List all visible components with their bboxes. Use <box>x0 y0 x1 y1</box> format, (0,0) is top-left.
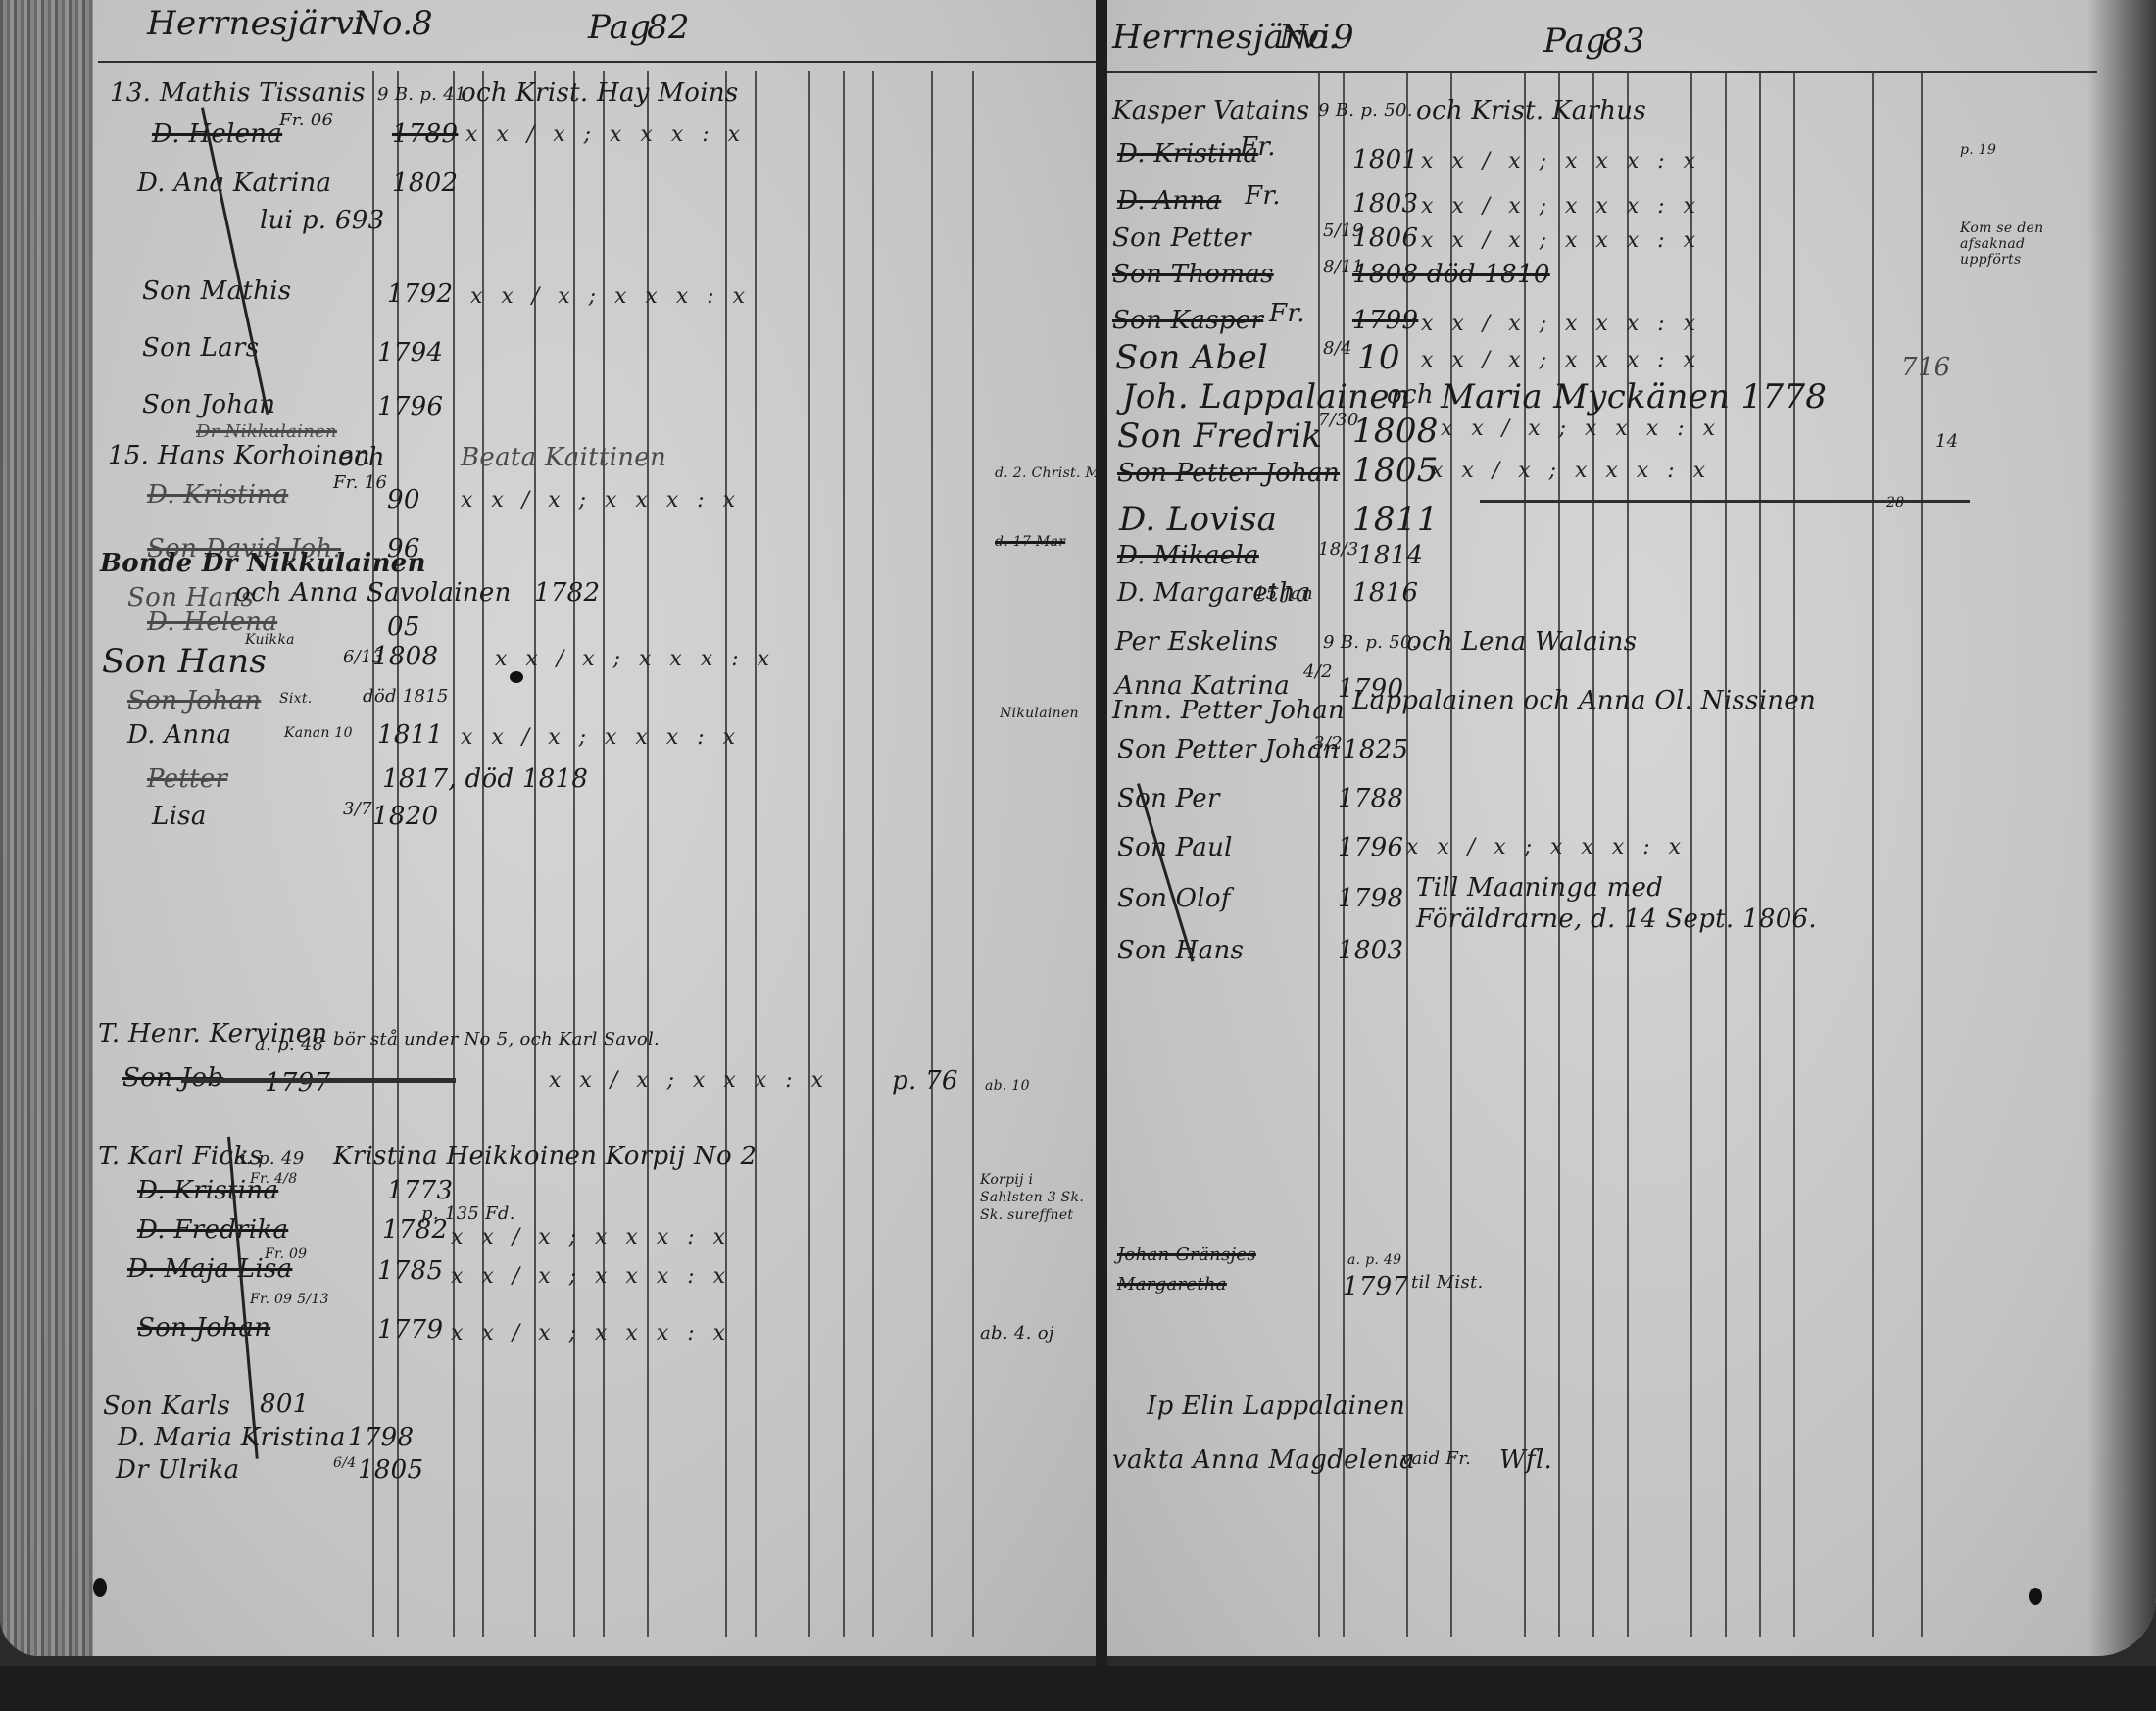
reading-marks: x x / x ; x x x : x <box>1421 228 1701 253</box>
reading-marks: x x / x ; x x x : x <box>451 1225 731 1249</box>
member-year: 1796 <box>377 392 443 421</box>
member-year: 801 <box>260 1390 310 1419</box>
member-remark: Till Maaninga med Föräldrarne, d. 14 Sep… <box>1416 872 1828 935</box>
member-year: 1788 <box>1338 784 1403 813</box>
member-name: D. Fredrika <box>137 1215 288 1245</box>
reading-marks: x x / x ; x x x : x <box>549 1068 829 1093</box>
member-note: Fr. 09 <box>265 1247 307 1262</box>
margin-note: ab. 4. oj <box>980 1323 1054 1344</box>
member-name: Dr Nikkulainen <box>196 421 337 442</box>
margin-note: d. 17 Mar <box>995 534 1065 550</box>
member-name: Son Hans <box>102 642 267 681</box>
household-head-info: och <box>1387 380 1434 410</box>
col-line <box>755 71 757 1637</box>
member-year: 1798 <box>1338 884 1403 913</box>
member-remark: til Mist. <box>1411 1272 1484 1293</box>
member-name: Margaretha <box>1117 1274 1227 1295</box>
member-name: Son Karls <box>103 1392 230 1421</box>
member-name: D. Kristina <box>147 480 288 510</box>
household-head-info: a. p. 49 <box>235 1149 304 1169</box>
left-house-no-label: No. <box>353 4 413 43</box>
member-remark: p. 76 <box>892 1066 958 1096</box>
header-rule <box>98 61 1096 63</box>
member-name: Son Fredrik <box>1117 416 1322 456</box>
member-note: 4/2 <box>1303 661 1333 682</box>
margin-note: 14 <box>1935 431 1959 452</box>
household-spouse: och Lena Walains <box>1406 627 1637 657</box>
member-year: 1811 <box>1352 500 1439 539</box>
member-name: Bonde Dr Nikkulainen <box>100 549 426 578</box>
left-page: Herrnesjärvi No. 8 Pag 82 13. Mathis Tis… <box>0 0 1096 1656</box>
member-name: Son Johan <box>127 686 261 715</box>
ink-blot <box>510 671 523 683</box>
reading-marks: x x / x ; x x x : x <box>1431 459 1711 483</box>
header-rule <box>1107 71 2097 73</box>
right-page-no: 83 <box>1602 22 1645 61</box>
member-year: 1773 <box>387 1176 453 1205</box>
reading-marks: x x / x ; x x x : x <box>451 1264 731 1289</box>
member-year: 1803 <box>1352 189 1418 219</box>
member-name: Son Petter Johan <box>1117 735 1340 764</box>
reading-marks: x x / x ; x x x : x <box>461 725 741 750</box>
right-house-no-label: No. <box>1279 18 1339 57</box>
reading-marks: x x / x ; x x x : x <box>1441 416 1721 441</box>
margin-note: ab. 10 <box>985 1078 1030 1094</box>
member-year: 1803 <box>1338 936 1403 965</box>
right-page-edge <box>2087 0 2156 1656</box>
reading-marks: x x / x ; x x x : x <box>465 122 746 147</box>
ink-blot <box>2029 1588 2042 1605</box>
col-line <box>1725 71 1727 1637</box>
member-note: och Anna Savolainen <box>235 578 512 608</box>
member-name: D. Helena <box>152 120 282 149</box>
member-year: 1785 <box>377 1256 443 1286</box>
member-year: 1820 <box>372 802 438 831</box>
right-house-no: 9 <box>1333 18 1354 57</box>
member-name: Son Per <box>1117 784 1220 813</box>
right-page-label: Pag <box>1543 22 1606 61</box>
household-spouse: och Krist. Karhus <box>1416 96 1646 125</box>
member-remark: p. 135 Fd. <box>421 1203 515 1224</box>
member-note: 18/3 <box>1318 539 1359 560</box>
member-name: Son Abel <box>1115 338 1268 377</box>
strike-through-line <box>181 1078 456 1083</box>
household-head-info: 9 B. p. 50. <box>1323 632 1418 653</box>
member-year: 1799 <box>1352 306 1418 335</box>
reading-marks: x x / x ; x x x : x <box>1406 835 1687 859</box>
reading-marks: x x / x ; x x x : x <box>1421 194 1701 219</box>
member-name: Son Mathis <box>142 276 291 306</box>
col-line <box>372 71 374 1637</box>
household-head-info: 9 B. p. 50. <box>1318 100 1413 121</box>
member-name: Son Kasper <box>1112 306 1263 335</box>
member-name: Son Johan <box>137 1313 270 1343</box>
col-line <box>972 71 974 1637</box>
member-note: 3/7 <box>343 799 372 819</box>
member-note: 15 Jan <box>1254 583 1313 604</box>
col-line <box>1759 71 1761 1637</box>
household-spouse: och Krist. Hay Moins <box>461 78 739 108</box>
member-year: 1798 <box>348 1423 414 1452</box>
household-head: 15. Hans Korhoinen <box>108 441 370 470</box>
reading-marks: x x / x ; x x x : x <box>451 1321 731 1345</box>
member-note: 6/4 <box>333 1455 356 1471</box>
member-note: Fr. 09 5/13 <box>250 1292 329 1307</box>
household-head: 13. Mathis Tissanis <box>110 78 366 108</box>
reading-marks: x x / x ; x x x : x <box>1421 149 1701 173</box>
left-page-edge <box>0 0 93 1656</box>
household-spouse: bör stå under No 5, och Karl Savol. <box>333 1029 660 1050</box>
member-year: 1805 <box>1352 451 1439 490</box>
margin-note: Korpij i Sahlsten 3 Sk. Sk. sureffnet <box>980 1171 1088 1224</box>
member-year: 1789 <box>392 120 458 149</box>
member-name: D. Anna <box>1117 186 1221 216</box>
member-year: 1808 <box>372 642 438 671</box>
margin-note: p. 19 <box>1960 142 1996 158</box>
household-head: Kasper Vatains <box>1112 96 1309 125</box>
member-note: vaid Fr. <box>1401 1448 1471 1469</box>
member-name: Son Paul <box>1117 833 1233 862</box>
right-page: Herrnesjärvi No. 9 Pag 83 Kasper Vatains… <box>1107 0 2156 1656</box>
member-year: 1814 <box>1357 541 1423 570</box>
open-register-book: Herrnesjärvi No. 8 Pag 82 13. Mathis Tis… <box>0 0 2156 1666</box>
member-name: D. Anna <box>127 720 231 750</box>
member-year: 10 <box>1357 338 1400 377</box>
col-line <box>1793 71 1795 1637</box>
member-note: Fr. <box>1245 181 1281 211</box>
member-year: 1797 <box>1343 1272 1408 1301</box>
household-head: Johan Gränsjes <box>1117 1245 1256 1265</box>
member-name: Son Petter <box>1112 223 1251 253</box>
member-note: Fr. <box>1240 132 1276 162</box>
cross-out-stroke <box>201 107 269 415</box>
member-note: lui p. 693 <box>260 206 384 235</box>
member-note: Sixt. <box>279 691 313 707</box>
reading-marks: x x / x ; x x x : x <box>1421 348 1701 372</box>
member-year: 05 <box>387 612 420 642</box>
col-line <box>1690 71 1692 1637</box>
member-year: 1808 <box>1352 412 1439 451</box>
member-year: 1808 död 1810 <box>1352 260 1550 289</box>
household-spouse: Beata Kaittinen <box>461 443 666 472</box>
member-name: Son Hans <box>1117 936 1244 965</box>
margin-note: 716 <box>1901 353 1951 382</box>
household-head: Per Eskelins <box>1115 627 1278 657</box>
member-note: Fr. 16 <box>333 472 387 493</box>
left-village-header: Herrnesjärvi <box>147 4 366 43</box>
member-name: Lisa <box>152 802 207 831</box>
member-year: 1811 <box>377 720 443 750</box>
left-page-label: Pag <box>588 8 651 47</box>
household-head-info: a. p. 49 <box>1347 1252 1401 1268</box>
reading-marks: x x / x ; x x x : x <box>1421 312 1701 336</box>
household-head-info: a. p. 48 <box>255 1034 323 1054</box>
member-note: Kanan 10 <box>284 725 353 741</box>
member-year: 1805 <box>358 1455 423 1485</box>
household-head: Joh. Lappalainen <box>1122 377 1411 416</box>
member-name: Son Thomas <box>1112 260 1274 289</box>
left-page-no: 82 <box>647 8 690 47</box>
member-note: 8/4 <box>1323 338 1352 359</box>
member-year: 1779 <box>377 1315 443 1344</box>
margin-note: d. 2. Christ. Merkoss <box>995 465 1096 481</box>
member-year: 90 <box>387 485 420 514</box>
member-name: Son Petter Johan <box>1117 459 1340 488</box>
margin-note: Kom se den afsaknad uppförts <box>1960 220 2078 268</box>
member-year: 1806 <box>1352 223 1418 253</box>
member-name: D. Maria Kristina <box>118 1423 346 1452</box>
book-spine <box>1096 0 1107 1666</box>
reading-marks: x x / x ; x x x : x <box>461 488 741 513</box>
member-year: 1825 <box>1343 735 1408 764</box>
member-year: död 1815 <box>363 686 449 707</box>
member-year: 1817, död 1818 <box>382 764 588 794</box>
member-name: Son Johan <box>142 390 275 419</box>
member-name: vakta Anna Magdelena <box>1112 1445 1415 1475</box>
member-name: Dr Ulrika <box>116 1455 239 1485</box>
margin-note: Nikulainen <box>1000 706 1079 721</box>
col-line <box>808 71 810 1637</box>
member-year: 1802 <box>392 169 458 198</box>
household-spouse: Kristina Heikkoinen Korpij No 2 <box>333 1142 757 1171</box>
member-year: 1816 <box>1352 578 1418 608</box>
member-year: 1796 <box>1338 833 1403 862</box>
member-year: 1792 <box>387 279 453 309</box>
member-year: 1801 <box>1352 145 1418 174</box>
col-line <box>843 71 845 1637</box>
member-name: D. Lovisa <box>1119 500 1277 539</box>
member-name: D. Ana Katrina <box>137 169 331 198</box>
member-name: Inm. Petter Johan <box>1112 696 1345 725</box>
member-remark: Wfl. <box>1499 1445 1552 1475</box>
member-note: 3/2 <box>1313 733 1343 754</box>
member-note: Lappalainen och Anna Ol. Nissinen <box>1352 686 1816 715</box>
member-name: D. Kristina <box>1117 139 1258 169</box>
member-name: Son Lars <box>142 333 259 363</box>
col-line <box>872 71 874 1637</box>
member-note: Fr. <box>1269 299 1305 328</box>
member-name: D. Mikaela <box>1117 541 1259 570</box>
col-line <box>1872 71 1874 1637</box>
member-year: 1794 <box>377 338 443 367</box>
member-note: Fr. 4/8 <box>250 1171 297 1187</box>
reading-marks: x x / x ; x x x : x <box>470 284 751 309</box>
margin-note: 28 <box>1886 495 1904 511</box>
member-note: Fr. 06 <box>279 110 333 130</box>
household-head-info: 9 B. p. 41 <box>377 84 466 105</box>
col-line <box>1921 71 1923 1637</box>
member-year: 1782 <box>534 578 600 608</box>
household-head: Ip Elin Lappalainen <box>1147 1392 1405 1421</box>
household-head-info: och <box>338 443 385 472</box>
reading-marks: x x / x ; x x x : x <box>495 647 775 671</box>
member-year: 1797 <box>265 1068 330 1098</box>
member-name: Petter <box>147 764 227 794</box>
left-house-no: 8 <box>412 4 433 43</box>
household-spouse: Maria Myckänen 1778 <box>1441 377 1827 416</box>
col-line <box>931 71 933 1637</box>
ink-blot <box>93 1578 107 1597</box>
